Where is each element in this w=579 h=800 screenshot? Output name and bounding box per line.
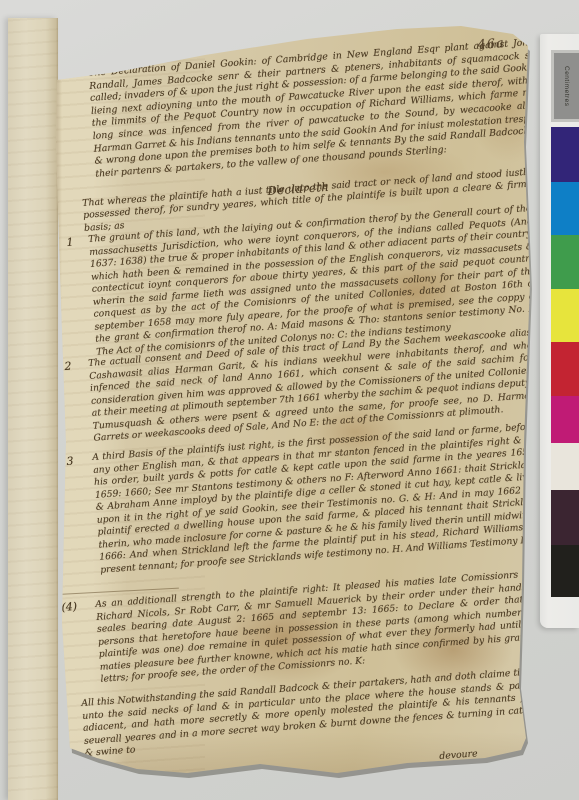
declaration-heading: The Declaration of Daniel Gookin: of Cam… [88, 37, 542, 181]
margin-number-2: 2 [64, 360, 72, 373]
color-patch-magenta [551, 396, 579, 443]
left-page-edge [8, 18, 58, 800]
manuscript-page: 46a The Declaration of Daniel Gookin: of… [55, 22, 533, 794]
margin-number-4: (4) [61, 600, 77, 614]
margin-number-1: 1 [66, 236, 74, 249]
color-patch-indigo [551, 127, 579, 182]
centimetre-scale-label-block: Centimetres [551, 50, 579, 122]
article-4-text: As an additionall strength to the plaint… [95, 568, 544, 686]
margin-number-3: 3 [66, 455, 74, 468]
color-patch-black [551, 545, 579, 597]
color-patch-yellow [551, 289, 579, 342]
color-patch-red [551, 342, 579, 396]
article-3-text: A third Basis of the plaintifs iust righ… [92, 421, 544, 577]
color-calibration-bar: Centimetres [551, 50, 579, 597]
color-patch-maroon [551, 490, 579, 545]
color-patch-white [551, 443, 579, 490]
archive-photograph: Centimetres 46a The Declaration of Danie… [0, 0, 579, 800]
color-patch-green [551, 235, 579, 289]
centimetres-label: Centimetres [563, 66, 570, 107]
color-patch-blue [551, 182, 579, 235]
